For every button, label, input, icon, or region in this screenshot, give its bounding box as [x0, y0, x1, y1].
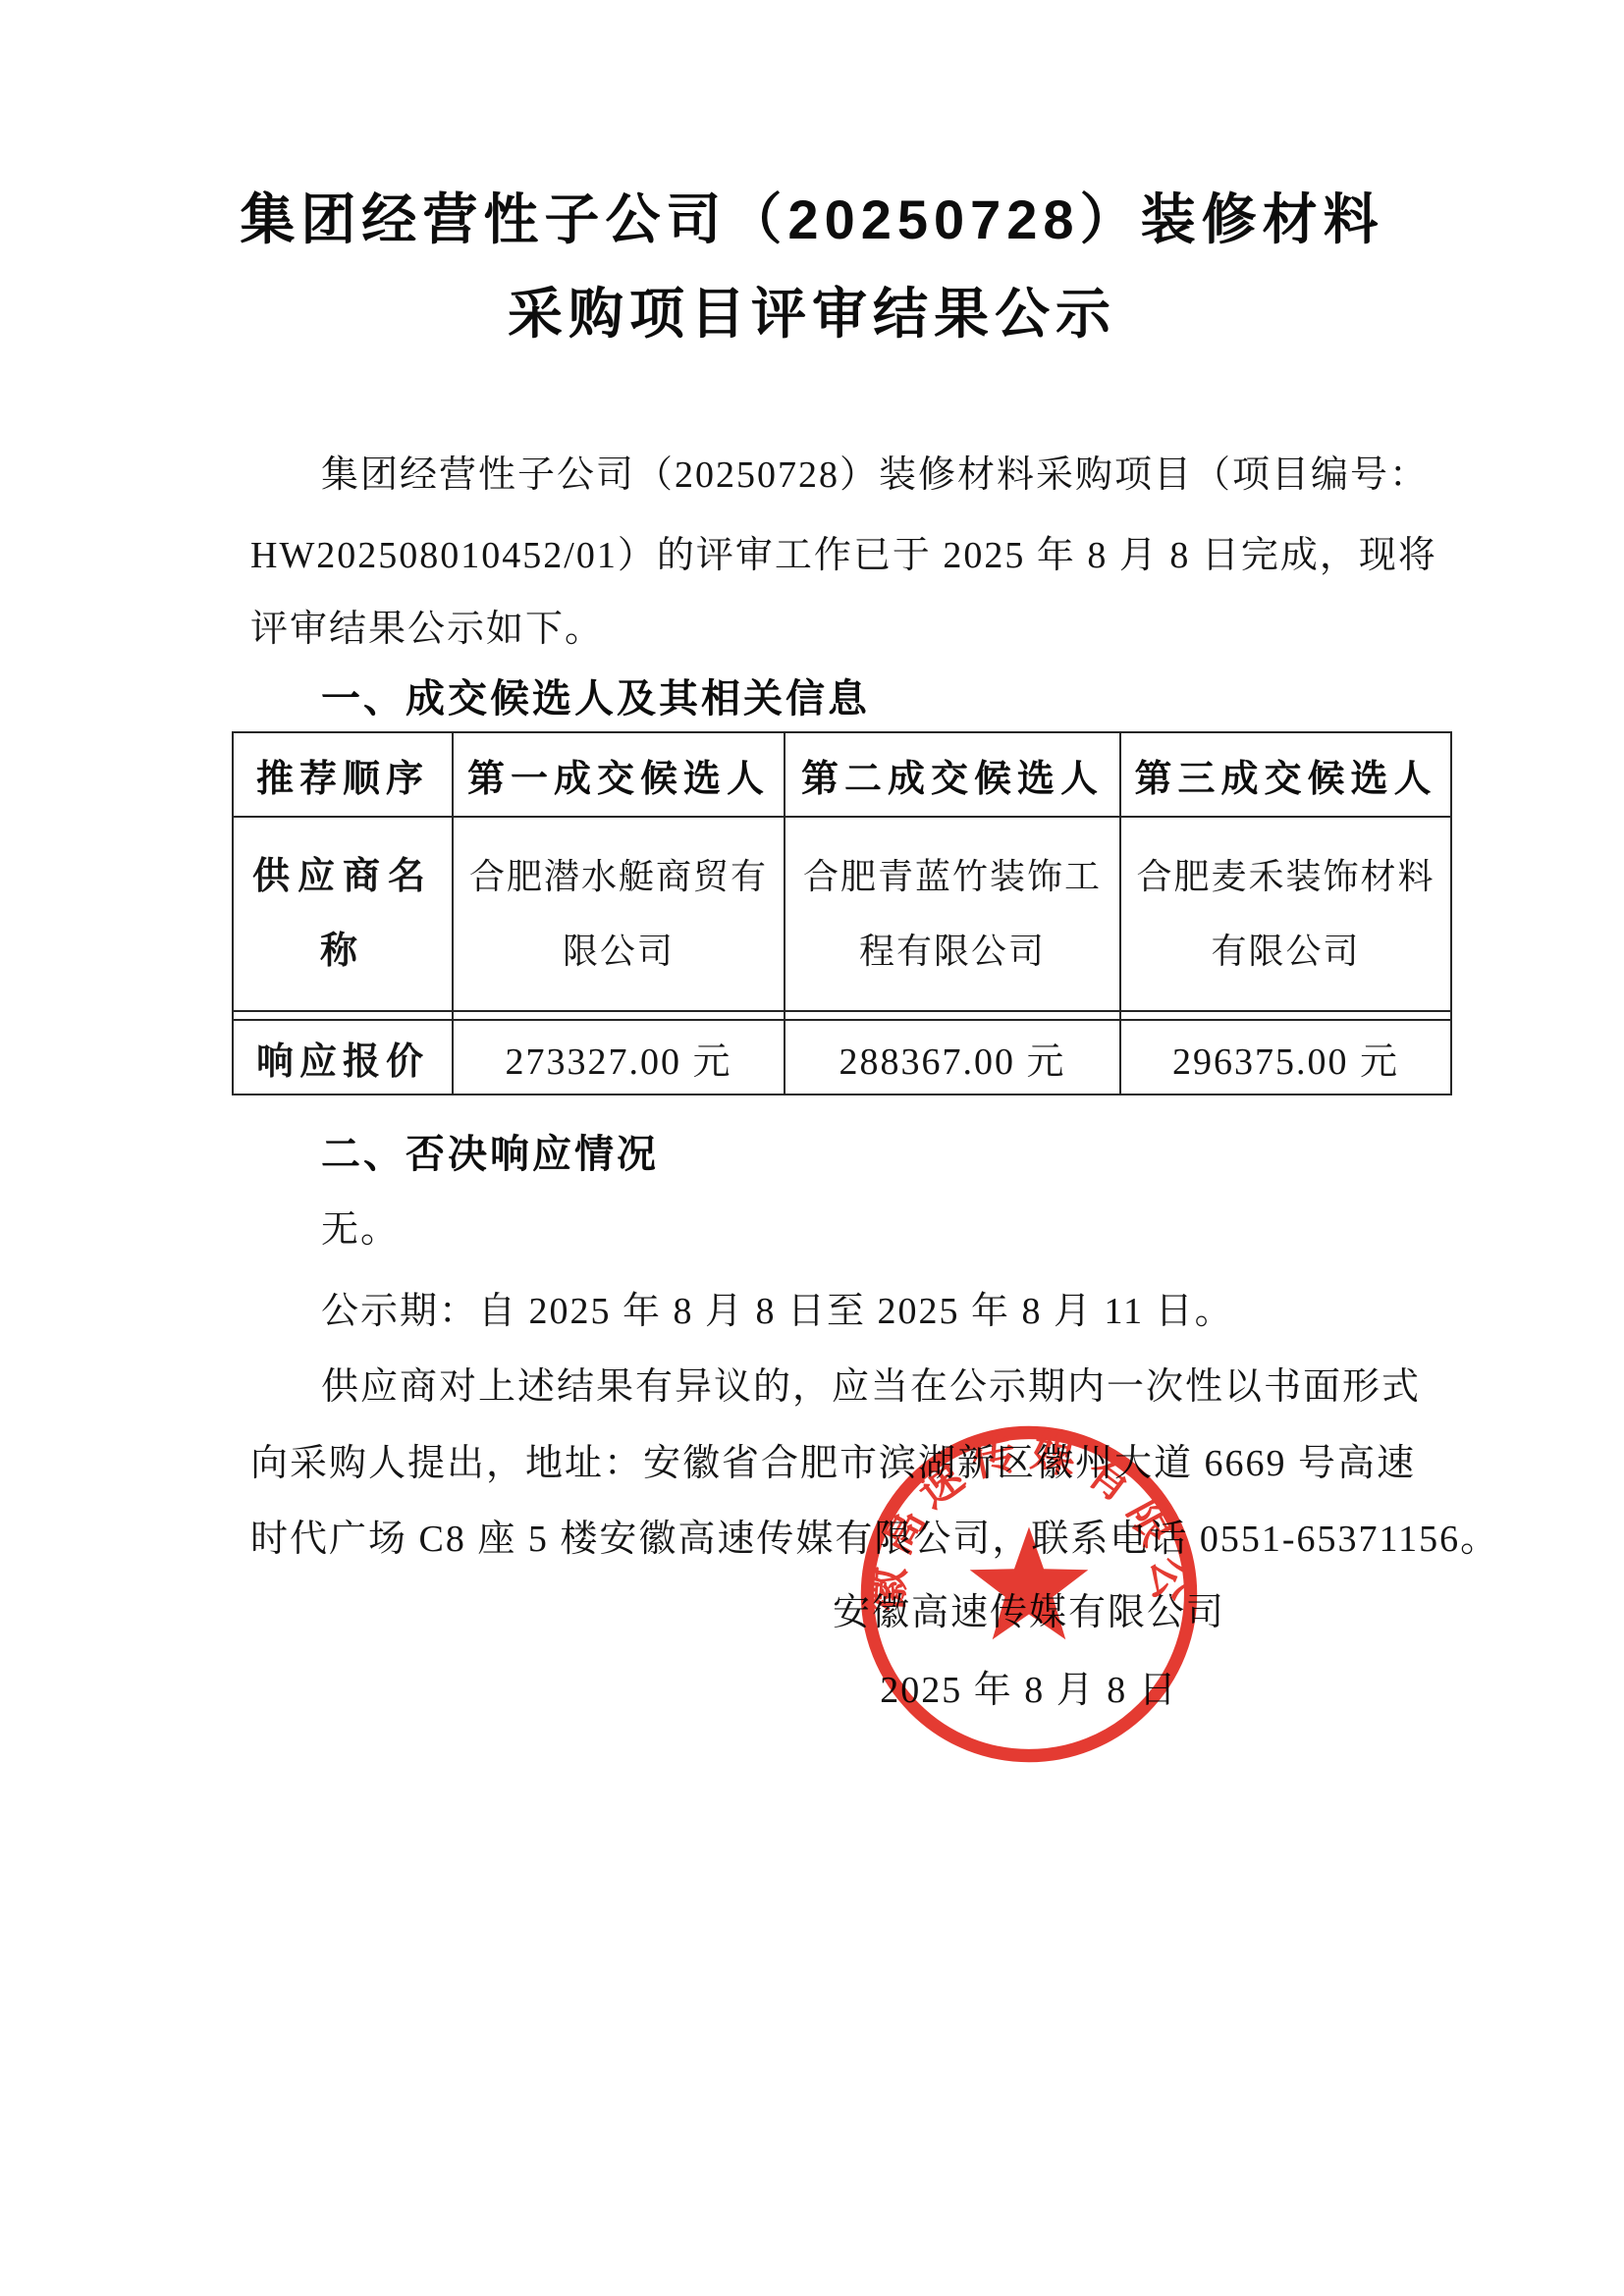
supplier-name-row: 供应商名称 合肥潜水艇商贸有限公司 合肥青蓝竹装饰工程有限公司 合肥麦禾装饰材料…	[233, 817, 1451, 1011]
signature-date: 2025 年 8 月 8 日	[784, 1652, 1274, 1729]
table-header-candidate-3: 第三成交候选人	[1120, 732, 1451, 817]
objection-line-2: 向采购人提出，地址：安徽省合肥市滨湖新区徽州大道 6669 号高速	[250, 1425, 1416, 1502]
intro-line-2: HW202508010452/01）的评审工作已于 2025 年 8 月 8 日…	[250, 517, 1437, 594]
table-spacer-row	[233, 1011, 1451, 1020]
objection-line-1: 供应商对上述结果有异议的，应当在公示期内一次性以书面形式	[321, 1349, 1421, 1425]
document-title-line1: 集团经营性子公司（20250728）装修材料	[0, 173, 1624, 267]
bid-price-cell-2: 288367.00 元	[785, 1020, 1120, 1095]
signature-company: 安徽高速传媒有限公司	[784, 1575, 1274, 1651]
section2-heading: 二、否决响应情况	[321, 1116, 659, 1193]
section2-body: 无。	[321, 1192, 400, 1268]
price-row-label: 响应报价	[233, 1020, 453, 1095]
candidates-table: 推荐顺序 第一成交候选人 第二成交候选人 第三成交候选人 供应商名称 合肥潜水艇…	[232, 731, 1452, 1095]
bid-price-row: 响应报价 273327.00 元 288367.00 元 296375.00 元	[233, 1020, 1451, 1095]
table-header-candidate-1: 第一成交候选人	[453, 732, 785, 817]
table-header-rank: 推荐顺序	[233, 732, 453, 817]
table-header-candidate-2: 第二成交候选人	[785, 732, 1120, 817]
table-header-row: 推荐顺序 第一成交候选人 第二成交候选人 第三成交候选人	[233, 732, 1451, 817]
bid-price-cell-1: 273327.00 元	[453, 1020, 785, 1095]
supplier-row-label: 供应商名称	[233, 817, 453, 1011]
supplier-name-cell-1: 合肥潜水艇商贸有限公司	[453, 817, 785, 1011]
supplier-name-cell-2: 合肥青蓝竹装饰工程有限公司	[785, 817, 1120, 1011]
section1-heading: 一、成交候选人及其相关信息	[321, 661, 870, 737]
announcement-page: 集团经营性子公司（20250728）装修材料 采购项目评审结果公示 集团经营性子…	[0, 0, 1624, 2296]
supplier-name-cell-3: 合肥麦禾装饰材料有限公司	[1120, 817, 1451, 1011]
bid-price-cell-3: 296375.00 元	[1120, 1020, 1451, 1095]
document-title-line2: 采购项目评审结果公示	[0, 267, 1624, 361]
intro-line-3: 评审结果公示如下。	[250, 591, 604, 667]
objection-line-3: 时代广场 C8 座 5 楼安徽高速传媒有限公司，联系电话 0551-653711…	[250, 1501, 1499, 1577]
notice-period-line: 公示期：自 2025 年 8 月 8 日至 2025 年 8 月 11 日。	[321, 1273, 1234, 1350]
intro-line-1: 集团经营性子公司（20250728）装修材料采购项目（项目编号：	[321, 437, 1429, 513]
document-title: 集团经营性子公司（20250728）装修材料 采购项目评审结果公示	[0, 173, 1624, 361]
